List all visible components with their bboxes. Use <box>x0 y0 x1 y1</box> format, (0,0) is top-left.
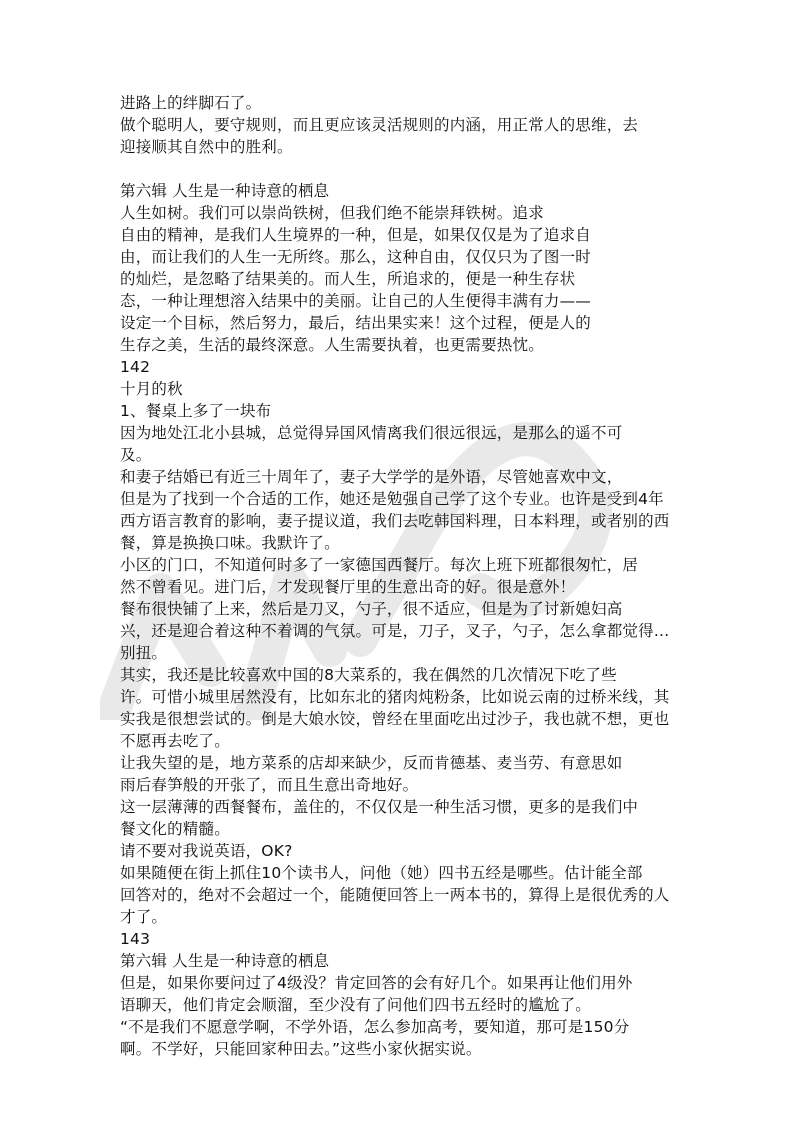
text-line: 啊。不学好，只能回家种田去。”这些小家伙据实说。 <box>120 1038 680 1060</box>
text-line: 餐，算是换换口味。我默许了。 <box>120 532 680 554</box>
text-line: 的灿烂，是忽略了结果美的。而人生，所追求的，便是一种生存状 <box>120 268 680 290</box>
text-line: 第六辑 人生是一种诗意的栖息 <box>120 180 680 202</box>
text-line: 许。可惜小城里居然没有，比如东北的猪肉炖粉条，比如说云南的过桥米线，其 <box>120 686 680 708</box>
text-line: 第六辑 人生是一种诗意的栖息 <box>120 950 680 972</box>
text-line: 如果随便在街上抓住10个读书人，问他（她）四书五经是哪些。估计能全部 <box>120 862 680 884</box>
text-line: 143 <box>120 928 680 950</box>
text-line: 不愿再去吃了。 <box>120 730 680 752</box>
document-page: 进路上的绊脚石了。做个聪明人，要守规则，而且更应该灵活规则的内涵，用正常人的思维… <box>120 92 680 1060</box>
text-line: 做个聪明人，要守规则，而且更应该灵活规则的内涵，用正常人的思维，去 <box>120 114 680 136</box>
text-line: 进路上的绊脚石了。 <box>120 92 680 114</box>
text-line: 回答对的，绝对不会超过一个，能随便回答上一两本书的，算得上是很优秀的人 <box>120 884 680 906</box>
text-line: 142 <box>120 356 680 378</box>
text-line: 西方语言教育的影响，妻子提议道，我们去吃韩国料理，日本料理，或者别的西 <box>120 510 680 532</box>
text-line: 态，一种让理想溶入结果中的美丽。让自己的人生便得丰满有力—— <box>120 290 680 312</box>
text-line: 然不曾看见。进门后，才发现餐厅里的生意出奇的好。很是意外！ <box>120 576 680 598</box>
text-line: 人生如树。我们可以崇尚铁树，但我们绝不能崇拜铁树。追求 <box>120 202 680 224</box>
text-line: 兴，还是迎合着这种不着调的气氛。可是，刀子，叉子，勺子，怎么拿都觉得… <box>120 620 680 642</box>
text-line: 由，而让我们的人生一无所终。那么，这种自由，仅仅只为了图一时 <box>120 246 680 268</box>
blank-line <box>120 158 680 180</box>
text-line: 生存之美，生活的最终深意。人生需要执着，也更需要热忱。 <box>120 334 680 356</box>
text-line: 实我是很想尝试的。倒是大娘水饺，曾经在里面吃出过沙子，我也就不想，更也 <box>120 708 680 730</box>
text-line: 才了。 <box>120 906 680 928</box>
text-line: 请不要对我说英语，OK? <box>120 840 680 862</box>
text-line: 这一层薄薄的西餐餐布，盖住的，不仅仅是一种生活习惯，更多的是我们中 <box>120 796 680 818</box>
text-line: 小区的门口，不知道何时多了一家德国西餐厅。每次上班下班都很匆忙，居 <box>120 554 680 576</box>
text-line: 但是，如果你要问过了4级没？肯定回答的会有好几个。如果再让他们用外 <box>120 972 680 994</box>
text-line: 餐布很快铺了上来，然后是刀叉，勺子，很不适应，但是为了讨新媳妇高 <box>120 598 680 620</box>
text-line: 别扭。 <box>120 642 680 664</box>
text-line: 因为地处江北小县城，总觉得异国风情离我们很远很远，是那么的遥不可 <box>120 422 680 444</box>
text-line: 1、餐桌上多了一块布 <box>120 400 680 422</box>
text-line: 其实，我还是比较喜欢中国的8大菜系的，我在偶然的几次情况下吃了些 <box>120 664 680 686</box>
text-line: 设定一个目标，然后努力，最后，结出果实来！这个过程，便是人的 <box>120 312 680 334</box>
text-line: 自由的精神，是我们人生境界的一种，但是，如果仅仅是为了追求自 <box>120 224 680 246</box>
text-line: 雨后春笋般的开张了，而且生意出奇地好。 <box>120 774 680 796</box>
text-line: 但是为了找到一个合适的工作，她还是勉强自己学了这个专业。也许是受到4年 <box>120 488 680 510</box>
text-line: 及。 <box>120 444 680 466</box>
text-line: 十月的秋 <box>120 378 680 400</box>
text-line: “不是我们不愿意学啊，不学外语，怎么参加高考，要知道，那可是150分 <box>120 1016 680 1038</box>
text-line: 和妻子结婚已有近三十周年了，妻子大学学的是外语，尽管她喜欢中文， <box>120 466 680 488</box>
text-line: 迎接顺其自然中的胜利。 <box>120 136 680 158</box>
text-line: 让我失望的是，地方菜系的店却来缺少，反而肯德基、麦当劳、有意思如 <box>120 752 680 774</box>
text-line: 餐文化的精髓。 <box>120 818 680 840</box>
text-line: 语聊天，他们肯定会顺溜，至少没有了问他们四书五经时的尴尬了。 <box>120 994 680 1016</box>
